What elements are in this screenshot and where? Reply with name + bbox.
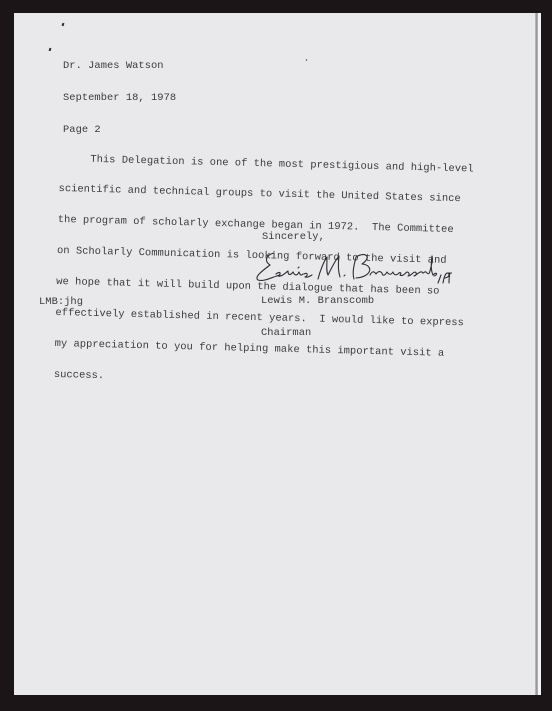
signer-name: Lewis M. Branscomb: [261, 296, 374, 307]
page-edge-highlight: [538, 13, 541, 695]
ink-speck: [49, 48, 52, 52]
body-line: success.: [54, 370, 469, 391]
body-line: This Delegation is one of the most prest…: [59, 154, 474, 175]
letter-date: September 18, 1978: [63, 93, 176, 104]
ink-speck: [306, 59, 308, 61]
ink-speck: [62, 23, 65, 27]
reference-initials: LMB:jhg: [39, 297, 83, 308]
document-page: Dr. James Watson September 18, 1978 Page…: [14, 13, 541, 695]
closing-salutation: Sincerely,: [262, 232, 325, 243]
signer-title: Chairman: [261, 328, 374, 339]
body-line: scientific and technical groups to visit…: [58, 184, 473, 205]
signature-block: Lewis M. Branscomb Chairman: [261, 275, 374, 360]
recipient-name: Dr. James Watson: [63, 61, 176, 72]
